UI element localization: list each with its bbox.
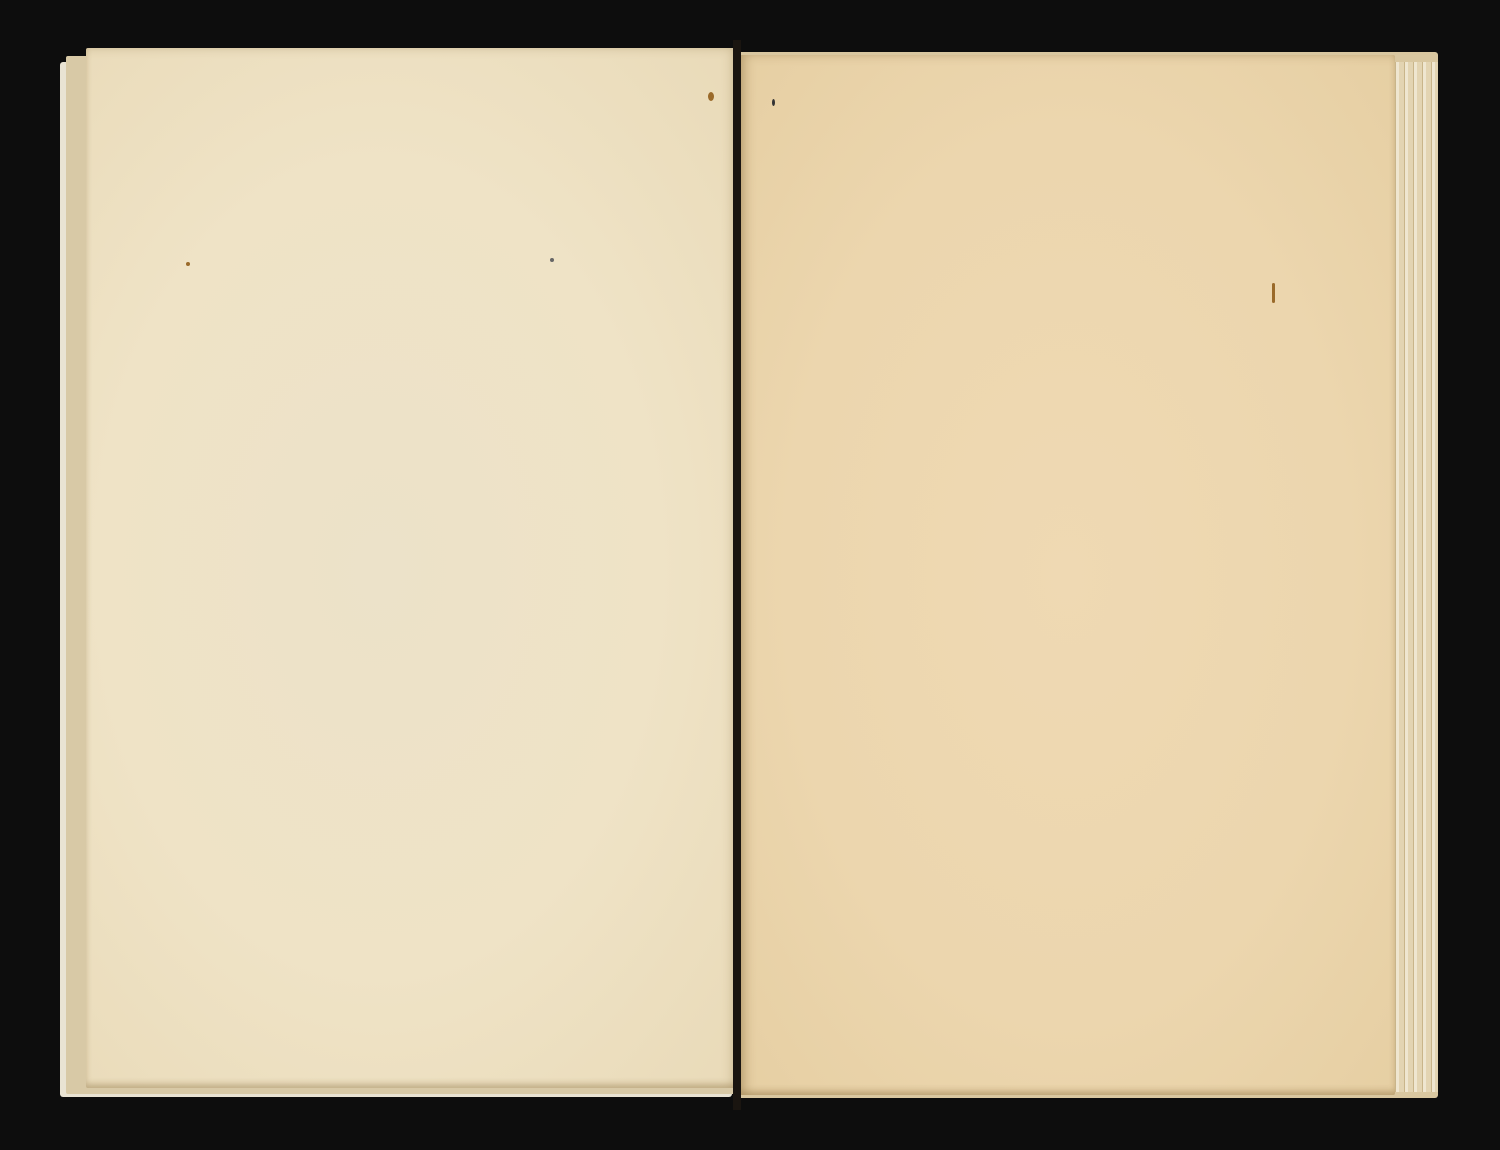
left-page bbox=[86, 48, 738, 1088]
right-page-edges bbox=[1390, 62, 1438, 1092]
open-book bbox=[0, 0, 1500, 1150]
stain-mark bbox=[550, 258, 554, 262]
stain-mark bbox=[708, 92, 714, 101]
stain-mark bbox=[772, 99, 775, 106]
stain-mark bbox=[1272, 283, 1275, 303]
book-gutter bbox=[733, 40, 741, 1110]
stain-mark bbox=[186, 262, 190, 266]
right-page bbox=[740, 55, 1395, 1095]
